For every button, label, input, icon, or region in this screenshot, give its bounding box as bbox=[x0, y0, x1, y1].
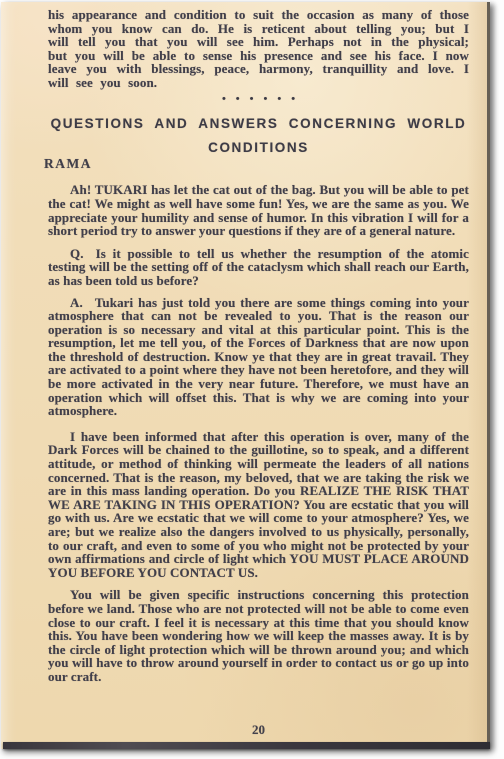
page-bottom-edge bbox=[3, 742, 490, 749]
speaker-label: RAMA bbox=[44, 157, 469, 171]
section-heading-line2: CONDITIONS bbox=[48, 141, 469, 155]
answer-text: Tukari has just told you there are some … bbox=[48, 295, 469, 419]
page-text-block: his appearance and condition to suit the… bbox=[48, 8, 469, 684]
screenshot-canvas: his appearance and condition to suit the… bbox=[0, 0, 504, 759]
body-paragraph-informed: I have been informed that after this ope… bbox=[48, 430, 469, 580]
section-heading-line1: QUESTIONS AND ANSWERS CONCERNING WORLD bbox=[48, 117, 469, 131]
asterisk-separator: •••••• bbox=[48, 94, 469, 105]
scanned-book-page: his appearance and condition to suit the… bbox=[1, 2, 490, 749]
page-number: 20 bbox=[48, 722, 469, 738]
body-paragraph-continued: his appearance and condition to suit the… bbox=[48, 8, 469, 90]
body-paragraph-rama-intro: Ah! TUKARI has let the cat out of the ba… bbox=[48, 183, 469, 237]
question-paragraph: Q.Is it possible to tell us whether the … bbox=[48, 247, 469, 288]
answer-paragraph: A.Tukari has just told you there are som… bbox=[48, 296, 469, 418]
section-heading: QUESTIONS AND ANSWERS CONCERNING WORLD C… bbox=[48, 117, 469, 155]
question-text: Is it possible to tell us whether the re… bbox=[48, 246, 469, 288]
body-paragraph-instructions: You will be given specific instructions … bbox=[48, 588, 469, 683]
